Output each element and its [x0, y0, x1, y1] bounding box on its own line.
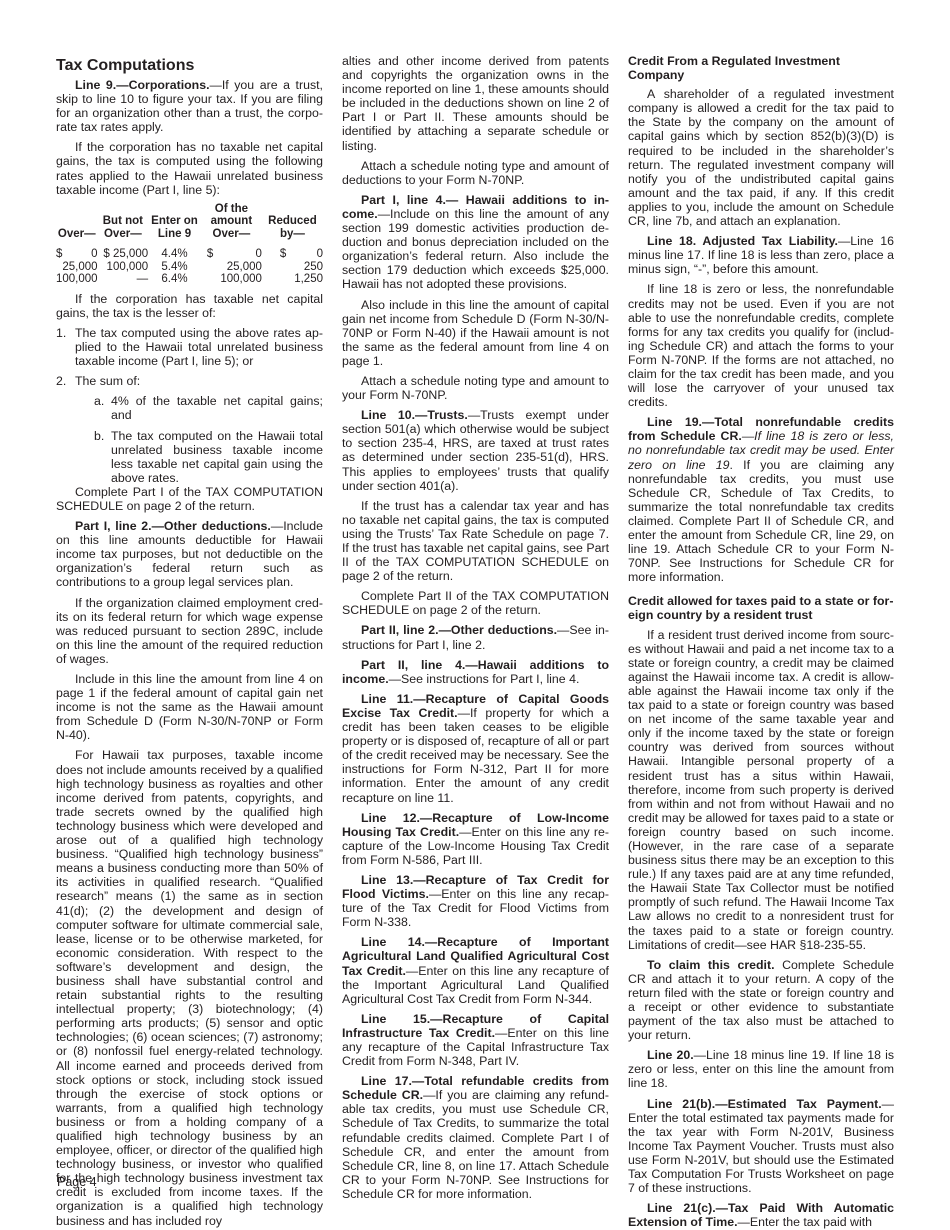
attach-type: Attach a schedule noting type and amount… — [342, 374, 609, 402]
header-enter-on-line9: Enter on Line 9 — [148, 203, 201, 249]
line12-recapture: Line 12.—Recapture of Low-Income Housing… — [342, 811, 609, 867]
lesser-of-list: 1.The tax computed using the above rates… — [56, 326, 323, 485]
list-item: a.4% of the taxable net capital gains; a… — [75, 394, 323, 422]
complete-part2: Complete Part II of the TAX COMPUTATION … — [342, 589, 609, 617]
line14-recapture: Line 14.—Recapture of Important Agricult… — [342, 935, 609, 1005]
line21b-heading: Line 21(b).—Estimated Tax Payment. — [647, 1097, 882, 1111]
header-but-not-over: But not Over— — [98, 203, 149, 249]
foreign-credit-body: If a resident trust derived income from … — [628, 628, 894, 952]
page-number: Page 4 — [57, 1175, 97, 1189]
line17-refundable-credits: Line 17.—Total refundable credits from S… — [342, 1074, 609, 1201]
rate-table-header: Over— But not Over— Enter on Line 9 Of t… — [56, 203, 323, 249]
page-title: Tax Computations — [56, 56, 323, 75]
also-include: Also include in this line the amount of … — [342, 298, 609, 368]
list-item: 2.The sum of: a.4% of the taxable net ca… — [56, 374, 323, 485]
high-technology-business: For Hawaii tax purposes, taxable income … — [56, 748, 323, 1227]
part2-line2-heading: Part II, line 2.—Other deductions. — [361, 623, 557, 637]
line10-heading: Line 10.—Trusts. — [361, 408, 468, 422]
attach-deductions: Attach a schedule noting type and amount… — [342, 159, 609, 187]
column-middle: alties and other income derived from pat… — [342, 54, 609, 1207]
part2-line2: Part II, line 2.—Other deductions.—See i… — [342, 623, 609, 651]
line18-heading: Line 18. Adjusted Tax Liability. — [647, 234, 838, 248]
complete-part1: Complete Part I of the TAX COMPUTATION S… — [56, 485, 323, 513]
table-row: $0 $ 25,000 4.4% $0 $0 — [56, 248, 323, 261]
capital-gain-intro: If the corporation has taxable net capit… — [56, 292, 323, 320]
column-left: Tax Computations Line 9.—Corporations.—I… — [56, 54, 323, 1230]
line21c-extension: Line 21(c).—Tax Paid With Automatic Exte… — [628, 1201, 894, 1229]
line10-trusts: Line 10.—Trusts.—Trusts exempt under sec… — [342, 408, 609, 493]
employment-credits: If the organization claimed employment c… — [56, 596, 323, 666]
part2-line4: Part II, line 4.—Hawaii additions to inc… — [342, 658, 609, 686]
list-item: b.The tax computed on the Hawaii total u… — [75, 429, 323, 485]
list-item: 1.The tax computed using the above rates… — [56, 326, 323, 368]
zero-or-less: If line 18 is zero or less, the nonrefun… — [628, 282, 894, 409]
header-over: Over— — [56, 203, 98, 249]
claim-credit: To claim this credit. Complete Schedule … — [628, 958, 894, 1043]
line20: Line 20.—Line 18 minus line 19. If line … — [628, 1048, 894, 1090]
table-row: 25,000 100,000 5.4% 25,000 250 — [56, 261, 323, 274]
line13-recapture: Line 13.—Recapture of Tax Credit for Flo… — [342, 873, 609, 929]
line11-recapture: Line 11.—Recapture of Capital Goods Exci… — [342, 692, 609, 805]
line9-corporations: Line 9.—Corporations.—If you are a trust… — [56, 78, 323, 134]
line20-heading: Line 20. — [647, 1048, 694, 1062]
ric-heading: Credit From a Regulated Investment Compa… — [628, 54, 894, 82]
line18-adjusted-liability: Line 18. Adjusted Tax Liability.—Line 16… — [628, 234, 894, 276]
high-technology-continued: alties and other income derived from pat… — [342, 54, 609, 153]
foreign-credit-heading: Credit allowed for taxes paid to a state… — [628, 594, 894, 622]
header-reduced-by: Reduced by— — [262, 203, 323, 249]
calendar-year-trust: If the trust has a calendar tax year and… — [342, 499, 609, 584]
header-of-amount-over: Of the amount Over— — [201, 203, 262, 249]
line9-heading: Line 9.—Corporations. — [75, 78, 210, 92]
claim-credit-heading: To claim this credit. — [647, 958, 775, 972]
ric-body: A shareholder of a regulated investment … — [628, 87, 894, 228]
table-row: 100,000 — 6.4% 100,000 1,250 — [56, 273, 323, 286]
column-right: Credit From a Regulated Investment Compa… — [628, 54, 894, 1230]
no-capital-gain-intro: If the corporation has no taxable net ca… — [56, 140, 323, 196]
part1-line2: Part I, line 2.—Other deductions.—Includ… — [56, 519, 323, 589]
include-line4: Include in this line the amount from lin… — [56, 672, 323, 742]
line19-nonrefundable-credits: Line 19.—Total nonrefundable credits fro… — [628, 415, 894, 584]
part1-line2-heading: Part I, line 2.—Other deductions. — [75, 519, 271, 533]
sum-of-list: a.4% of the taxable net capital gains; a… — [75, 394, 323, 485]
line15-recapture: Line 15.—Recapture of Capital Infrastruc… — [342, 1012, 609, 1068]
part1-line4: Part I, line 4.— Hawaii additions to in­… — [342, 193, 609, 292]
corporate-rate-table: Over— But not Over— Enter on Line 9 Of t… — [56, 203, 323, 286]
line21b-estimated-tax: Line 21(b).—Estimated Tax Payment.—Enter… — [628, 1097, 894, 1196]
